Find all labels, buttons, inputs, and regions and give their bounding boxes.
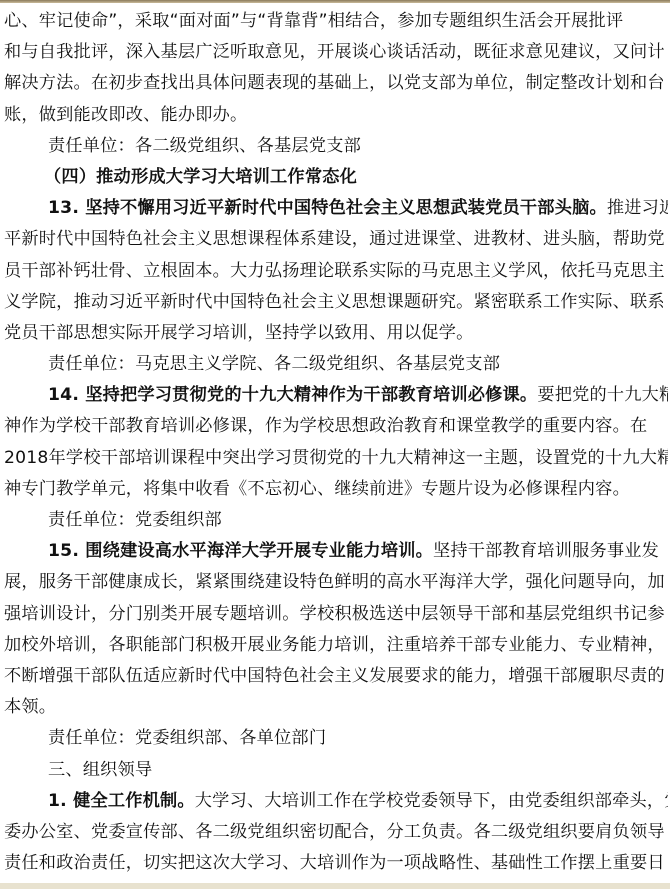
paragraph-line: 和与自我批评，深入基层广泛听取意见，开展谈心谈话活动，既征求意见建议，又问计 (4, 37, 668, 68)
paragraph-line: 2018年学校干部培训课程中突出学习贯彻党的十九大精神这一主题，设置党的十九大精 (4, 443, 668, 474)
item-14-heading: 14. 坚持把学习贯彻党的十九大精神作为干部教育培训必修课。要把党的十九大精 (4, 380, 668, 411)
paragraph-line: 员干部补钙壮骨、立根固本。大力弘扬理论联系实际的马克思主义学风，依托马克思主 (4, 256, 668, 287)
paragraph-line: 党员干部思想实际开展学习培训，坚持学以致用、用以促学。 (4, 318, 668, 349)
item-13-text: 推进习近 (607, 198, 668, 218)
item-1-title: 1. 健全工作机制。 (48, 791, 195, 811)
item-1-text: 大学习、大培训工作在学校党委领导下，由党委组织部牵头，党 (195, 791, 668, 811)
top-border (0, 0, 670, 3)
paragraph-line: 强培训设计，分门别类开展专题培训。学校积极选送中层领导干部和基层党组织书记参 (4, 599, 668, 630)
responsible-unit: 责任单位：马克思主义学院、各二级党组织、各基层党支部 (4, 349, 668, 380)
responsible-unit: 责任单位：党委组织部 (4, 505, 668, 536)
paragraph-line: 平新时代中国特色社会主义思想课程体系建设，通过进课堂、进教材、进头脑，帮助党 (4, 224, 668, 255)
section-heading-3: 三、组织领导 (4, 755, 668, 786)
item-13-heading: 13. 坚持不懈用习近平新时代中国特色社会主义思想武装党员干部头脑。推进习近 (4, 193, 668, 224)
item-1-heading: 1. 健全工作机制。大学习、大培训工作在学校党委领导下，由党委组织部牵头，党 (4, 786, 668, 817)
paragraph-line: 解决方法。在初步查找出具体问题表现的基础上，以党支部为单位，制定整改计划和台 (4, 68, 668, 99)
paragraph-line: 神专门教学单元，将集中收看《不忘初心、继续前进》专题片设为必修课程内容。 (4, 474, 668, 505)
bottom-strip (0, 883, 670, 889)
item-14-title: 14. 坚持把学习贯彻党的十九大精神作为干部教育培训必修课。 (48, 385, 537, 405)
responsible-unit: 责任单位：各二级党组织、各基层党支部 (4, 131, 668, 162)
document-page: 心、牢记使命”，采取“面对面”与“背靠背”相结合，参加专题组织生活会开展批评 和… (0, 6, 668, 879)
paragraph-line: 账，做到能改即改、能办即办。 (4, 100, 668, 131)
paragraph-line: 神作为学校干部教育培训必修课，作为学校思想政治教育和课堂教学的重要内容。在 (4, 411, 668, 442)
item-15-text: 坚持干部教育培训服务事业发 (433, 541, 659, 561)
paragraph-line: 义学院，推动习近平新时代中国特色社会主义思想课题研究。紧密联系工作实际、联系 (4, 287, 668, 318)
paragraph-line: 委办公室、党委宣传部、各二级党组织密切配合，分工负责。各二级党组织要肩负领导 (4, 817, 668, 848)
paragraph-line: 不断增强干部队伍适应新时代中国特色社会主义发展要求的能力，增强干部履职尽责的 (4, 661, 668, 692)
item-15-heading: 15. 围绕建设高水平海洋大学开展专业能力培训。坚持干部教育培训服务事业发 (4, 536, 668, 567)
paragraph-line: 责任和政治责任，切实把这次大学习、大培训作为一项战略性、基础性工作摆上重要日 (4, 848, 668, 879)
item-15-title: 15. 围绕建设高水平海洋大学开展专业能力培训。 (48, 541, 433, 561)
paragraph-line: 本领。 (4, 692, 668, 723)
section-heading-4: （四）推动形成大学习大培训工作常态化 (4, 162, 668, 193)
item-14-text: 要把党的十九大精 (537, 385, 668, 405)
item-13-title: 13. 坚持不懈用习近平新时代中国特色社会主义思想武装党员干部头脑。 (48, 198, 607, 218)
paragraph-line: 心、牢记使命”，采取“面对面”与“背靠背”相结合，参加专题组织生活会开展批评 (4, 6, 668, 37)
paragraph-line: 展，服务干部健康成长，紧紧围绕建设特色鲜明的高水平海洋大学，强化问题导向，加 (4, 567, 668, 598)
paragraph-line: 加校外培训，各职能部门积极开展业务能力培训，注重培养干部专业能力、专业精神， (4, 630, 668, 661)
responsible-unit: 责任单位：党委组织部、各单位部门 (4, 723, 668, 754)
